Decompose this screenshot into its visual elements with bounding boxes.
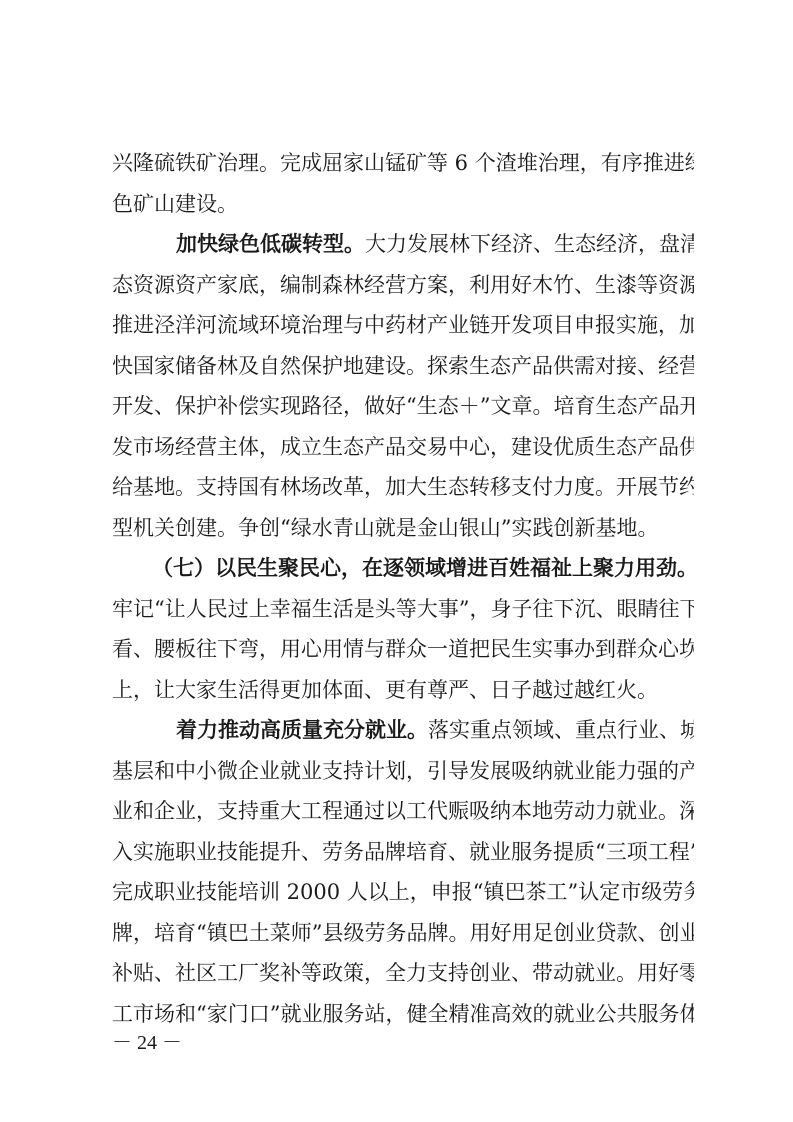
text-line: 上，让大家生活得更加体面、更有尊严、日子越过越红火。 bbox=[112, 670, 694, 711]
text-line: 快国家储备林及自然保护地建设。探索生态产品供需对接、经营 bbox=[112, 346, 694, 387]
text-line: 发市场经营主体，成立生态产品交易中心，建设优质生态产品供 bbox=[112, 427, 694, 468]
text-line: 推进泾洋河流域环境治理与中药材产业链开发项目申报实施，加 bbox=[112, 305, 694, 346]
text-line: 完成职业技能培训 2000 人以上，申报“镇巴茶工”认定市级劳务品 bbox=[112, 872, 694, 913]
paragraph-mine-governance: 兴隆硫铁矿治理。完成屈家山锰矿等 6 个渣堆治理，有序推进绿 色矿山建设。 bbox=[112, 143, 694, 224]
text-line: 给基地。支持国有林场改革，加大生态转移支付力度。开展节约 bbox=[112, 467, 694, 508]
text-line: 基层和中小微企业就业支持计划，引导发展吸纳就业能力强的产 bbox=[112, 751, 694, 792]
paragraph-heading: 着力推动高质量充分就业。 bbox=[176, 718, 428, 742]
text-line: 加快绿色低碳转型。大力发展林下经济、生态经济，盘清生 bbox=[112, 224, 694, 265]
text-line: 着力推动高质量充分就业。落实重点领域、重点行业、城乡 bbox=[112, 710, 694, 751]
paragraph-heading: 加快绿色低碳转型。 bbox=[176, 232, 365, 256]
paragraph-green-transition: 加快绿色低碳转型。大力发展林下经济、生态经济，盘清生 态资源资产家底，编制森林经… bbox=[112, 224, 694, 548]
text-line: 牌，培育“镇巴土菜师”县级劳务品牌。用好用足创业贷款、创业 bbox=[112, 913, 694, 954]
section-heading-line: （七）以民生聚民心，在逐领域增进百姓福祉上聚力用劲。 bbox=[112, 548, 694, 589]
text-line: 牢记“让人民过上幸福生活是头等大事”，身子往下沉、眼睛往下 bbox=[112, 589, 694, 630]
text-line: 兴隆硫铁矿治理。完成屈家山锰矿等 6 个渣堆治理，有序推进绿 bbox=[112, 143, 694, 184]
text-line: 业和企业，支持重大工程通过以工代赈吸纳本地劳动力就业。深 bbox=[112, 791, 694, 832]
text-line: 色矿山建设。 bbox=[112, 184, 694, 225]
section-heading: （七）以民生聚民心，在逐领域增进百姓福祉上聚力用劲。 bbox=[152, 556, 694, 580]
text-line: 型机关创建。争创“绿水青山就是金山银山”实践创新基地。 bbox=[112, 508, 694, 549]
text-line: 开发、保护补偿实现路径，做好“生态＋”文章。培育生态产品开 bbox=[112, 386, 694, 427]
text-run: 大力发展林下经济、生态经济，盘清生 bbox=[365, 232, 694, 256]
text-run: 落实重点领域、重点行业、城乡 bbox=[428, 718, 694, 742]
text-line: 看、腰板往下弯，用心用情与群众一道把民生实事办到群众心坎 bbox=[112, 629, 694, 670]
text-line: 补贴、社区工厂奖补等政策，全力支持创业、带动就业。用好零 bbox=[112, 953, 694, 994]
text-line: 态资源资产家底，编制森林经营方案，利用好木竹、生漆等资源。 bbox=[112, 265, 694, 306]
text-line: 入实施职业技能提升、劳务品牌培育、就业服务提质“三项工程”， bbox=[112, 832, 694, 873]
page-number: － 24 － bbox=[112, 1026, 182, 1055]
document-body: 兴隆硫铁矿治理。完成屈家山锰矿等 6 个渣堆治理，有序推进绿 色矿山建设。 加快… bbox=[112, 143, 694, 1034]
paragraph-section-seven: （七）以民生聚民心，在逐领域增进百姓福祉上聚力用劲。 牢记“让人民过上幸福生活是… bbox=[112, 548, 694, 710]
paragraph-employment: 着力推动高质量充分就业。落实重点领域、重点行业、城乡 基层和中小微企业就业支持计… bbox=[112, 710, 694, 1034]
text-line: 工市场和“家门口”就业服务站，健全精准高效的就业公共服务体 bbox=[112, 994, 694, 1035]
